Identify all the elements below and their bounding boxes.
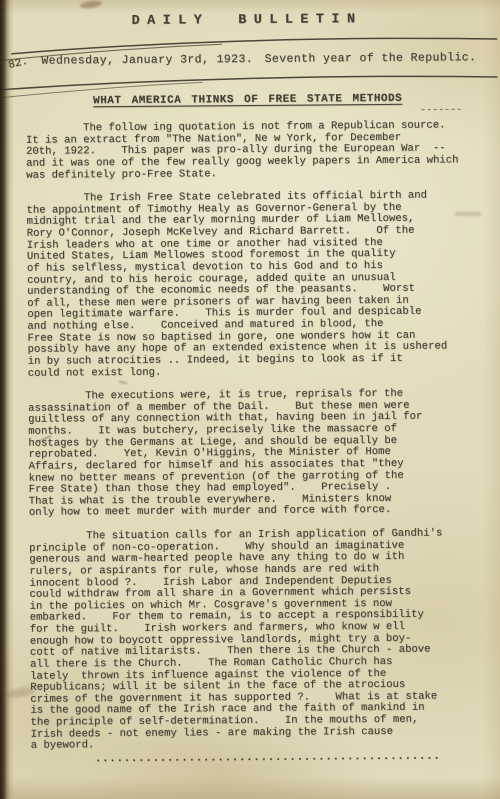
paragraph: The follow ing quotation is not from a R…	[26, 120, 492, 182]
paragraph: The situation calls for an Irish applica…	[29, 528, 497, 753]
text-line: only how to meet murder with murder and …	[29, 504, 495, 519]
date-text: Wednesday, January 3rd, 1923.	[41, 53, 253, 68]
paragraph: The executions were, it is true, reprisa…	[28, 388, 495, 520]
article-title: WHAT AMERICA THINKS OF FREE STATE METHOD…	[0, 92, 498, 108]
document-body: The follow ing quotation is not from a R…	[26, 120, 497, 765]
page-edge-shadow	[0, 0, 14, 799]
text-line: was definitely pro-Free State.	[26, 167, 492, 182]
document-page: DAILY BULLETIN No. 82. Wednesday, Januar…	[0, 0, 500, 799]
text-line: could not exist long.	[28, 365, 494, 380]
paragraph: The Irish Free State celebrated its offi…	[26, 190, 493, 380]
dateline: Wednesday, January 3rd, 1923. Seventh ye…	[41, 51, 476, 67]
end-separator: ........................................…	[95, 751, 441, 766]
year-note-text: Seventh year of the Republic.	[265, 51, 477, 66]
masthead-title: DAILY BULLETIN	[0, 11, 497, 30]
